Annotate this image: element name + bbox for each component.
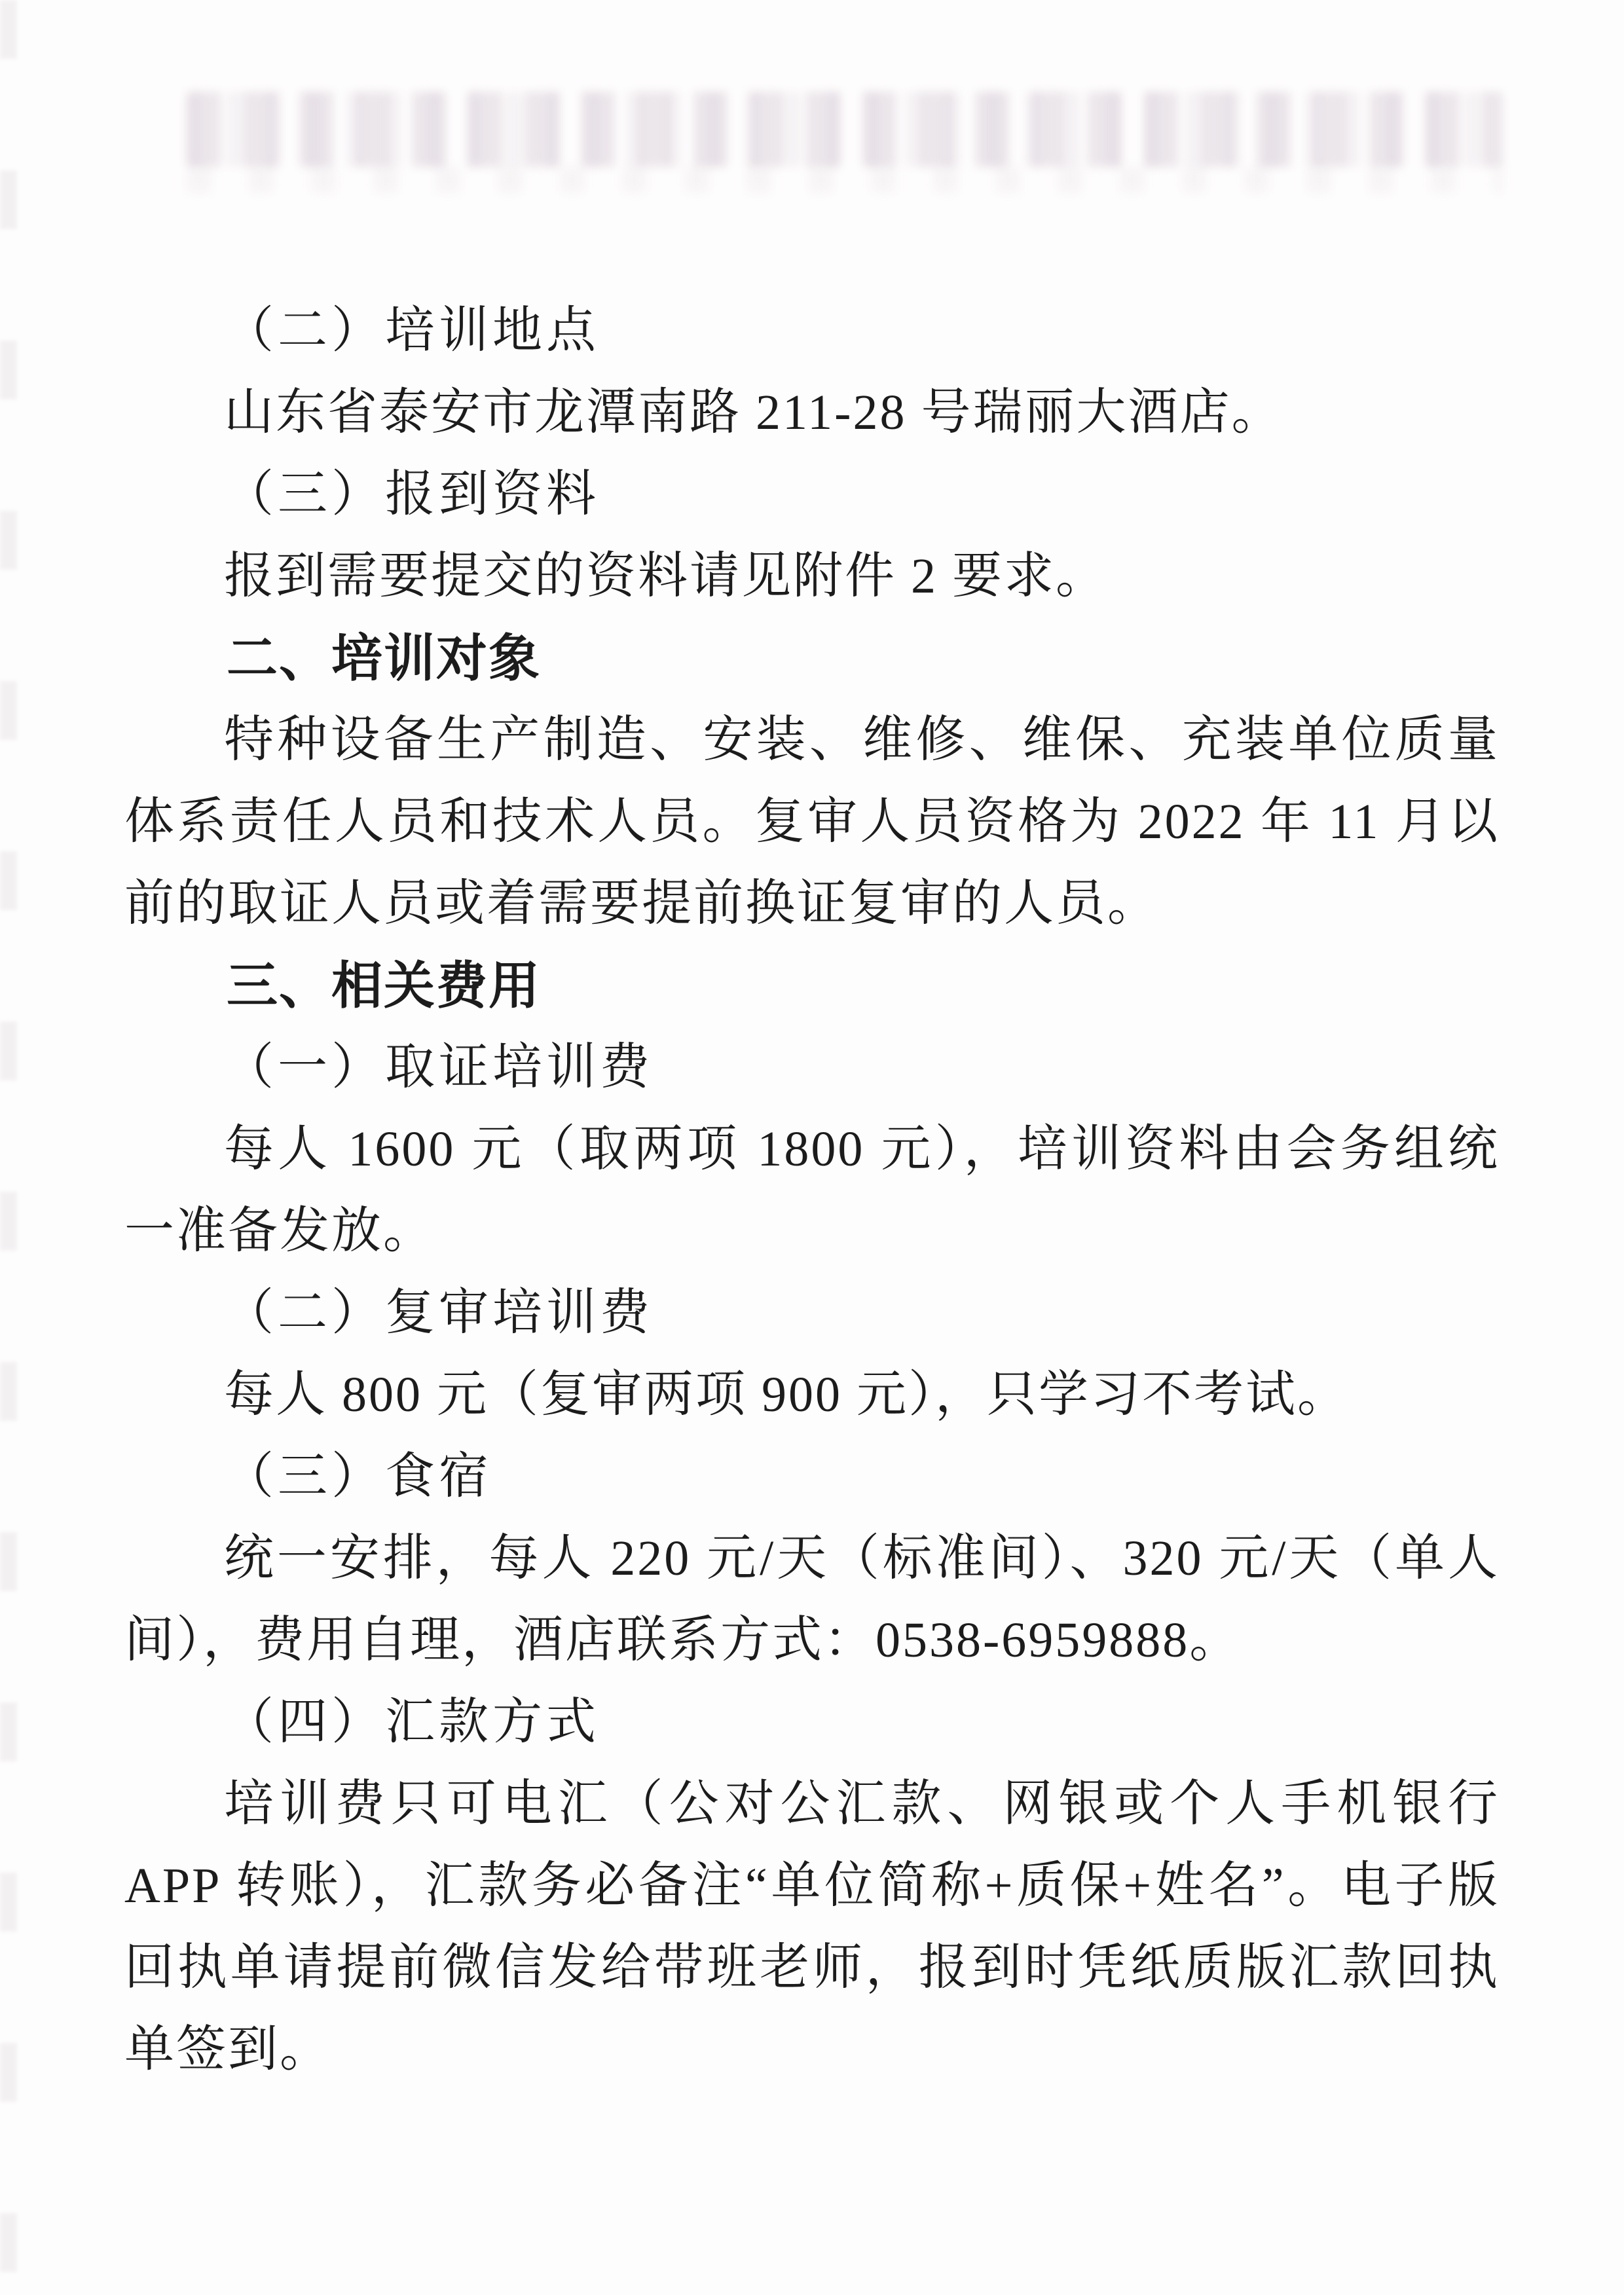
paragraph-registration-materials: 报到需要提交的资料请见附件 2 要求。 — [124, 536, 1500, 617]
paragraph-training-location: 山东省泰安市龙潭南路 211-28 号瑞丽大酒店。 — [124, 372, 1500, 454]
paragraph-payment-method: 培训费只可电汇（公对公汇款、网银或个人手机银行 APP 转账），汇款务必备注“单… — [124, 1763, 1500, 2091]
bleedthrough-watermark-echo — [187, 167, 1503, 193]
scanned-document-page: （二）培训地点 山东省泰安市龙潭南路 211-28 号瑞丽大酒店。 （三）报到资… — [0, 0, 1624, 2295]
section-subheading: （二）培训地点 — [124, 290, 1500, 372]
section-heading-training-targets: 二、培训对象 — [124, 617, 1500, 699]
paragraph-certification-fee: 每人 1600 元（取两项 1800 元），培训资料由会务组统一准备发放。 — [124, 1109, 1500, 1272]
document-body: （二）培训地点 山东省泰安市龙潭南路 211-28 号瑞丽大酒店。 （三）报到资… — [124, 290, 1500, 2091]
paragraph-review-fee: 每人 800 元（复审两项 900 元），只学习不考试。 — [124, 1354, 1500, 1436]
section-subheading: （二）复审培训费 — [124, 1272, 1500, 1354]
section-heading-fees: 三、相关费用 — [124, 945, 1500, 1027]
section-subheading: （一）取证培训费 — [124, 1027, 1500, 1109]
scan-edge-artifact — [0, 0, 17, 2295]
section-subheading: （三）食宿 — [124, 1436, 1500, 1518]
paragraph-accommodation: 统一安排，每人 220 元/天（标准间）、320 元/天（单人间），费用自理，酒… — [124, 1518, 1500, 1681]
section-subheading: （三）报到资料 — [124, 454, 1500, 536]
section-subheading: （四）汇款方式 — [124, 1681, 1500, 1763]
bleedthrough-watermark — [187, 92, 1503, 167]
paragraph-training-targets: 特种设备生产制造、安装、维修、维保、充装单位质量体系责任人员和技术人员。复审人员… — [124, 699, 1500, 945]
